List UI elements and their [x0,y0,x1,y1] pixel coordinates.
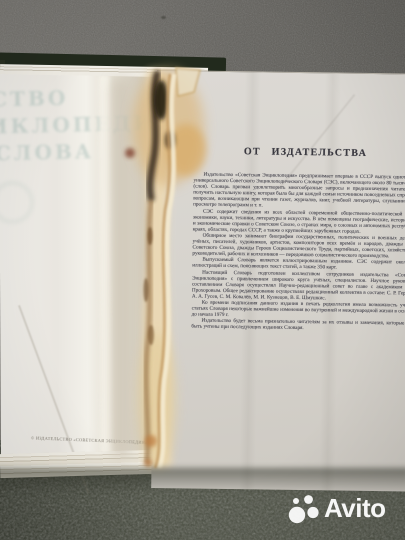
page-body-text: Издательство «Советская Энциклопедия» пр… [191,172,405,334]
right-page: ОТ ИЗДАТЕЛЬСТВА Издательство «Советская … [151,70,405,492]
avito-logo-icon [287,490,323,526]
background-speck [161,16,166,19]
page-paragraph: СЭС содержит сведения из всех областей с… [193,208,405,236]
left-page: ЬСТВО ЦИКЛОПЕДИ СЛОВА © ИЗДАТЕЛЬСТВО «СО… [0,69,169,472]
page-paragraph: Обширное место занимают биографии госуда… [192,232,405,260]
emblem-show-through [0,181,34,223]
page-heading: ОТ ИЗДАТЕЛЬСТВА [244,146,404,159]
avito-watermark: Avito [287,485,405,531]
page-paragraph: Издательство будет весьма признательно ч… [191,318,405,333]
page-fold-highlight [99,75,112,465]
book-listing-photo: ЬСТВО ЦИКЛОПЕДИ СЛОВА © ИЗДАТЕЛЬСТВО «СО… [0,0,405,540]
avito-wordmark: Avito [324,495,386,521]
copyright-line: © ИЗДАТЕЛЬСТВО «СОВЕТСКАЯ ЭНЦИКЛОПЕДИЯ»,… [31,435,161,445]
page-paragraph: Настоящий Словарь подготовлен коллективо… [192,269,405,303]
page-paragraph: Издательство «Советская Энциклопедия» пр… [193,172,405,212]
